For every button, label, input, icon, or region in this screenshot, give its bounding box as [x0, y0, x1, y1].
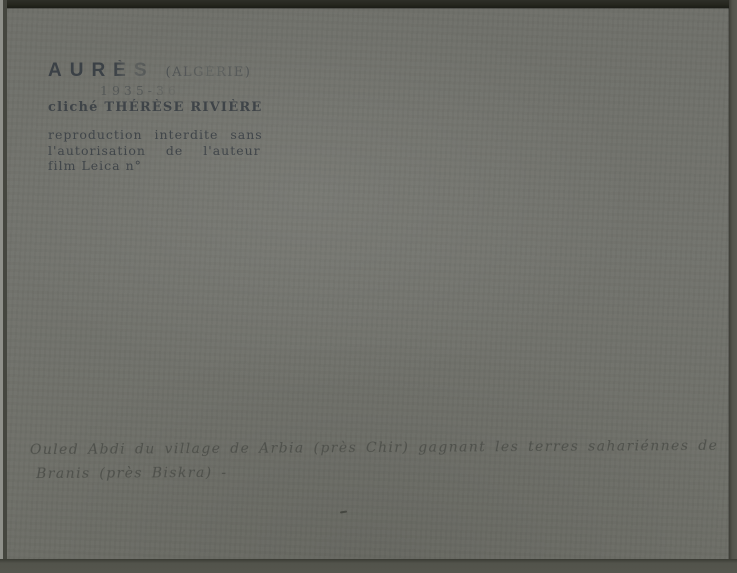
stamp-notice-line-2: l'autorisation de l'auteur [48, 143, 263, 159]
stamp-notice-line-3: film Leica n° [48, 158, 263, 174]
stamp-region-title: AURÈS [48, 60, 155, 82]
rubber-stamp-block: AURÈS (ALGÉRIE) 1935-36 cliché THÉRÈSE R… [48, 60, 263, 174]
stamp-title-row: AURÈS (ALGÉRIE) [48, 60, 263, 82]
archival-card-scan: AURÈS (ALGÉRIE) 1935-36 cliché THÉRÈSE R… [0, 0, 737, 573]
stamp-photographer-credit: cliché THÉRÈSE RIVIÈRE [48, 100, 263, 115]
stamp-region-suffix: (ALGÉRIE) [166, 65, 252, 80]
handwritten-caption-line-2: Branis (près Biskra) - [36, 458, 718, 486]
handwritten-caption-line-1: Ouled Abdi du village de Arbia (près Chi… [30, 434, 718, 462]
stamp-copyright-notice: reproduction interdite sans l'autorisati… [48, 127, 263, 174]
scan-edge-bottom [0, 559, 737, 573]
scan-edge-left-dark [3, 0, 7, 573]
stamp-date: 1935-36 [100, 83, 263, 98]
handwritten-caption: Ouled Abdi du village de Arbia (près Chi… [30, 434, 719, 486]
scan-edge-top [0, 0, 737, 8]
stamp-notice-line-1: reproduction interdite sans [48, 127, 263, 143]
scan-edge-right [729, 0, 737, 573]
